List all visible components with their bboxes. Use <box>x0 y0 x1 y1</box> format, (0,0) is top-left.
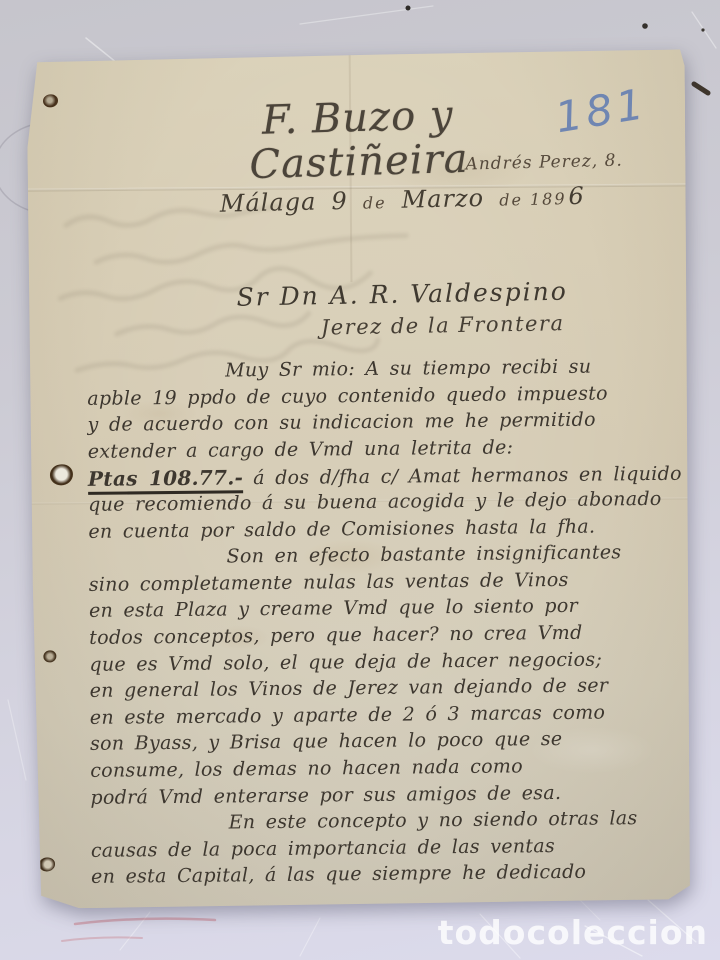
letter-body: Muy Sr mio: A su tiempo recibi su apble … <box>87 355 689 892</box>
letterhead-company: F. Buzo y Castiñeira <box>174 91 542 190</box>
date-de: de <box>363 193 387 213</box>
punch-hole <box>50 464 73 485</box>
date-day: 9 <box>331 187 348 215</box>
date-year-printed: de 189 <box>499 189 567 209</box>
recipient-name: Sr Dn A. R. Valdespino <box>236 277 568 312</box>
amount-underlined: Ptas 108.77.- <box>88 466 243 496</box>
date-year-handwritten: 6 <box>568 182 585 210</box>
recipient-city: Jerez de la Frontera <box>321 311 565 339</box>
amount-rest: á dos d/fha c/ Amat hermanos en liquido <box>253 463 682 489</box>
letter-paper: F. Buzo y Castiñeira Andrés Perez, 8. 18… <box>27 49 692 908</box>
punch-hole <box>39 857 55 871</box>
punch-hole <box>43 650 56 662</box>
punch-hole <box>43 94 58 107</box>
photo-background: F. Buzo y Castiñeira Andrés Perez, 8. 18… <box>0 0 720 960</box>
page-number-annotation: 181 <box>552 79 651 142</box>
date-city: Málaga <box>220 188 317 218</box>
date-month: Marzo <box>401 184 484 214</box>
body-line: en esta Capital, á las que siempre he de… <box>91 860 689 893</box>
watermark: todocoleccion <box>438 913 708 952</box>
letterhead-street: Andrés Perez, 8. <box>465 151 623 175</box>
